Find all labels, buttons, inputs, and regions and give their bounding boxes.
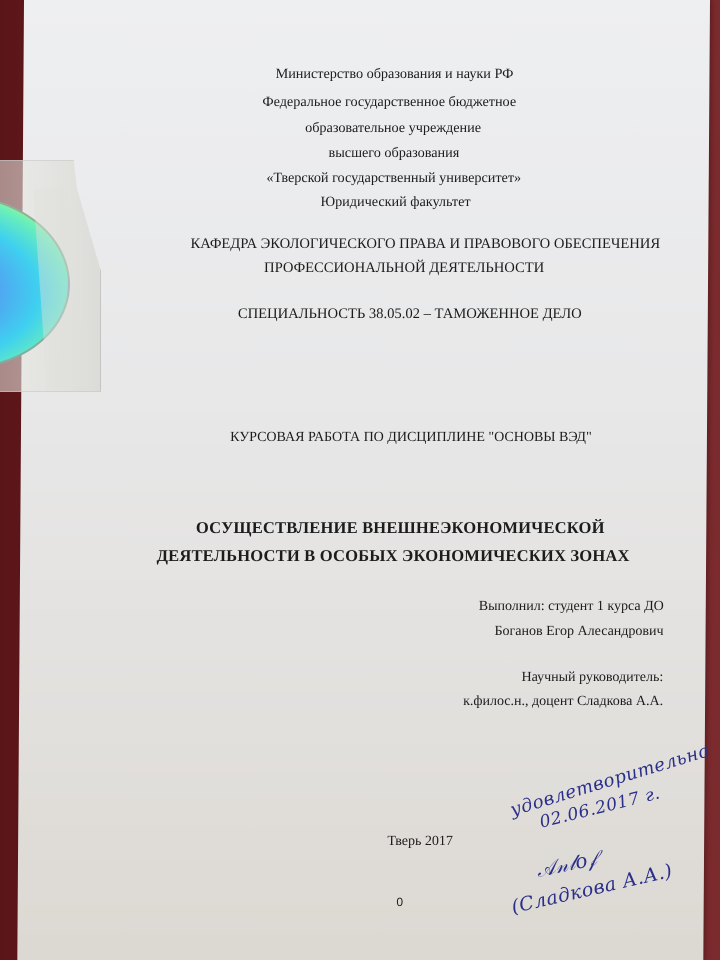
author-label: Выполнил: студент 1 курса ДО bbox=[479, 599, 664, 615]
specialty: СПЕЦИАЛЬНОСТЬ 38.05.02 – ТАМОЖЕННОЕ ДЕЛО bbox=[238, 306, 582, 323]
institution-type-line-2: образовательное учреждение bbox=[305, 120, 481, 137]
author-name: Боганов Егор Алесандрович bbox=[494, 624, 663, 640]
supervisor-name: к.филос.н., доцент Сладкова А.А. bbox=[463, 694, 663, 710]
supervisor-label: Научный руководитель: bbox=[521, 670, 663, 686]
course-work-label: КУРСОВАЯ РАБОТА ПО ДИСЦИПЛИНЕ "ОСНОВЫ ВЭ… bbox=[230, 430, 592, 446]
handwritten-signature-mark: 𝒜𝓃𝓁𝑜𝒻 bbox=[534, 846, 599, 882]
education-level-line: высшего образования bbox=[329, 145, 460, 162]
ministry-line: Министерство образования и науки РФ bbox=[276, 66, 514, 83]
faculty-name: Юридический факультет bbox=[320, 194, 470, 211]
department-line-2: ПРОФЕССИОНАЛЬНОЙ ДЕЯТЕЛЬНОСТИ bbox=[264, 260, 544, 277]
university-name: «Тверской государственный университет» bbox=[266, 170, 521, 187]
thesis-title-line-2: ДЕЯТЕЛЬНОСТИ В ОСОБЫХ ЭКОНОМИЧЕСКИХ ЗОНА… bbox=[157, 546, 630, 566]
department-line-1: КАФЕДРА ЭКОЛОГИЧЕСКОГО ПРАВА И ПРАВОВОГО… bbox=[190, 236, 660, 253]
title-page: Министерство образования и науки РФ Феде… bbox=[17, 0, 710, 960]
page-number: 0 bbox=[396, 895, 403, 909]
city-year: Тверь 2017 bbox=[387, 834, 453, 850]
thesis-title-line-1: ОСУЩЕСТВЛЕНИЕ ВНЕШНЕЭКОНОМИЧЕСКОЙ bbox=[196, 518, 605, 538]
institution-type-line: Федеральное государственное бюджетное bbox=[262, 94, 516, 111]
